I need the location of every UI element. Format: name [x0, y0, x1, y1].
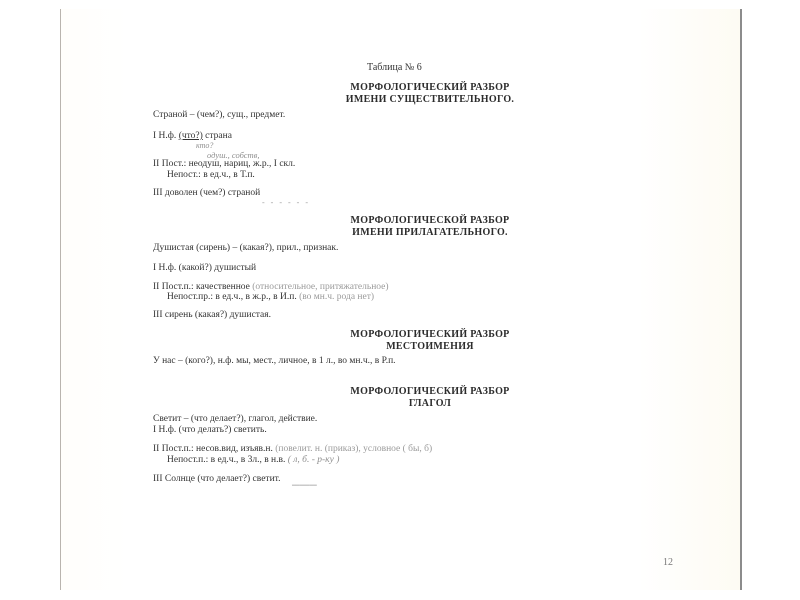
page-number: 12	[663, 557, 673, 568]
noun-title-line2: ИМЕНИ СУЩЕСТВИТЕЛЬНОГО.	[300, 94, 560, 106]
adjective-nonconstant-note: (во мн.ч. рода нет)	[299, 292, 374, 302]
adjective-title-line2: ИМЕНИ ПРИЛАГАТЕЛЬНОГО.	[300, 227, 560, 239]
nf-prefix: I Н.ф.	[153, 131, 179, 141]
noun-title-line1: МОРФОЛОГИЧЕСКИЙ РАЗБОР	[300, 82, 560, 94]
adjective-initial-form: I Н.ф. (какой?) душистый	[153, 263, 256, 274]
verb-intro: Светит – (что делает?), глагол, действие…	[153, 414, 317, 425]
adjective-constant-main: II Пост.п.: качественное	[153, 282, 252, 292]
verb-title-line2: ГЛАГОЛ	[300, 398, 560, 410]
adjective-syntax-role: III сирень (какая?) душистая.	[153, 310, 271, 321]
adjective-nonconstant-main: Непост.пр.: в ед.ч., в ж.р., в И.п.	[167, 292, 299, 302]
verb-nonconstant: Непост.п.: в ед.ч., в 3л., в н.в. ( л, б…	[167, 455, 339, 466]
adjective-intro: Душистая (сирень) – (какая?), прил., при…	[153, 243, 338, 254]
noun-constant: II Пост.: неодуш, нариц, ж.р., I скл.	[153, 159, 295, 170]
verb-constant: II Пост.п.: несов.вид, изъяв.н. (повелит…	[153, 444, 432, 455]
verb-syntax-role: III Солнце (что делает?) светит.	[153, 474, 280, 485]
verb-nonconstant-handwritten: ( л, б. - р-ку )	[288, 455, 340, 465]
verb-constant-note: (повелит. н. (приказ), условное ( бы, б)	[275, 444, 432, 454]
verb-nonconstant-main: Непост.п.: в ед.ч., в 3л., в н.в.	[167, 455, 288, 465]
pronoun-intro: У нас – (кого?), н.ф. мы, мест., личное,…	[153, 356, 396, 367]
verb-title-line1: МОРФОЛОГИЧЕСКИЙ РАЗБОР	[300, 386, 560, 398]
verb-constant-main: II Пост.п.: несов.вид, изъяв.н.	[153, 444, 275, 454]
verb-role-underline: ═══════	[292, 484, 317, 489]
table-label: Таблица № 6	[367, 62, 422, 73]
adjective-constant-note: (относительное, притяжательное)	[252, 282, 388, 292]
pronoun-title-line2: МЕСТОИМЕНИЯ	[300, 341, 560, 353]
noun-role-underline: - - - - - -	[262, 198, 310, 207]
noun-nonconstant: Непост.: в ед.ч., в Т.п.	[167, 170, 255, 181]
verb-initial-form: I Н.ф. (что делать?) светить.	[153, 425, 267, 436]
pronoun-title-line1: МОРФОЛОГИЧЕСКИЙ РАЗБОР	[300, 329, 560, 341]
noun-initial-form: I Н.ф. (что?) страна	[153, 131, 232, 142]
noun-intro: Страной – (чем?), сущ., предмет.	[153, 110, 285, 121]
adjective-title-line1: МОРФОЛОГИЧЕСКОЙ РАЗБОР	[300, 215, 560, 227]
noun-syntax-role: III доволен (чем?) страной	[153, 188, 260, 199]
adjective-nonconstant: Непост.пр.: в ед.ч., в ж.р., в И.п. (во …	[167, 292, 374, 303]
